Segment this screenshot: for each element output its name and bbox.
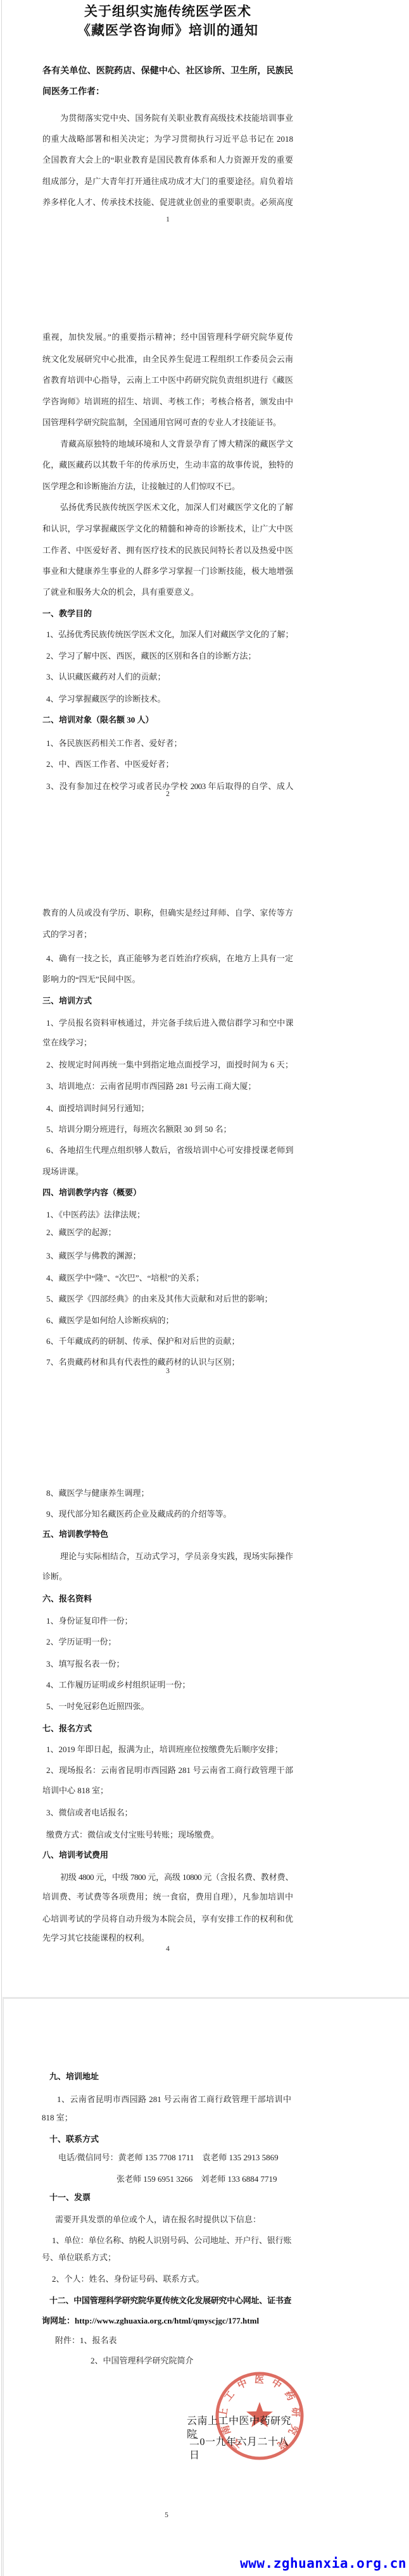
doc-line: 2、学历证明一份； (46, 1637, 293, 1648)
doc-line: 3、微信或者电话报名； (46, 1808, 293, 1819)
doc-line: 1、弘扬优秀民族传统医学医术文化，加深人们对藏医学文化的了解； (46, 630, 293, 641)
doc-line: 6、千年藏成药的研制、传承、保护和对后世的贡献； (46, 1336, 293, 1347)
site-watermark-url: www.zghuanxia.org.cn (240, 2556, 406, 2571)
page-number: 4 (42, 1944, 293, 1954)
doc-line: 重视，加快发展。”的重要指示精神；经中国管理科学研究院华夏传 (42, 332, 293, 344)
doc-line: 诊断。 (42, 1572, 293, 1583)
issue-date: 二0一九年六月二十八日 (189, 2436, 291, 2463)
doc-line: 5、藏医学《四部经典》的由来及其伟大贡献和对后世的影响； (46, 1294, 293, 1305)
doc-line: 电话/微信同号：黄老师 135 7708 1711 袁老师 135 2913 5… (58, 2153, 291, 2163)
doc-line: 统文化发展研究中心批准，由全民养生促进工程组织工作委员会云南 (42, 354, 293, 366)
doc-line: 4、确有一技之长，真正能够为老百姓治疗疾病，在地方上具有一定 (46, 954, 293, 965)
doc-line: 七、报名方式 (42, 1724, 293, 1734)
doc-line: 询网址：http://www.zghuaxia.org.cn/html/qmys… (42, 2316, 291, 2327)
doc-line: 3、认识藏医藏药对人们的贡献； (46, 672, 293, 683)
doc-line: 六、报名资料 (42, 1594, 293, 1605)
doc-line: 八、培训考试费用 (42, 1850, 293, 1861)
doc-line: 3、培训地点：云南省昆明市西园路 281 号云南工商大厦； (46, 1081, 293, 1092)
doc-line: 2、现场报名：云南省昆明市西园路 281 号云南省工商行政管理干部 (46, 1765, 293, 1777)
doc-line: 五、培训教学特色 (42, 1529, 293, 1540)
doc-line: 养多样化人才、传承技术技能、促进就业创业的重要职责。必须高度 (42, 197, 293, 209)
doc-line: 事业和大健康养生事业的人群多学习掌握一门诊断技能，极大地增强 (42, 566, 293, 578)
doc-line: 心培训考试的学员将自动升级为本院会员，享有安排工作的权利和优 (42, 1914, 293, 1926)
doc-line: 2、中、西医工作者、中医爱好者； (46, 759, 293, 770)
doc-line: 3、藏医学与佛教的渊源； (46, 1251, 293, 1262)
doc-line: 2、中国管理科学研究院简介 (91, 2356, 291, 2367)
doc-line: 号、单位联系方式； (42, 2253, 291, 2263)
doc-line: 缴费方式：微信或支付宝账号转账；现场缴费。 (46, 1830, 293, 1841)
doc-line: 2、按规定时间再统一集中到指定地点面授学习，面授时间为 6 天； (46, 1060, 293, 1071)
doc-line: 影响力的“四无”民间中医。 (42, 974, 293, 985)
doc-line: 式的学习者； (42, 930, 293, 940)
doc-line: 化，藏医藏药以其数千年的传承历史，生动丰富的故事传说，独特的 (42, 460, 293, 471)
doc-line: 十、联系方式 (49, 2134, 291, 2145)
doc-line: 间医务工作者： (42, 87, 293, 98)
doc-line: 1、学员报名资料审核通过，并完备手续后进入微信群学习和空中课 (46, 1018, 293, 1030)
scanned-notice-document: 关于组织实施传统医学医术《藏医学咨询师》培训的通知各有关单位、医院药店、保健中心… (0, 0, 409, 2576)
doc-line: 初级 4800 元，中级 7800 元，高级 10800 元（含报名费、教材费、 (60, 1872, 293, 1884)
doc-line: 工作者、中医爱好者、拥有医疗技术的民族民间特长者以及热爱中医 (42, 545, 293, 557)
doc-line: 1、云南省昆明市西园路 281 号云南省工商行政管理干部培训中心 (57, 2094, 291, 2106)
doc-line: 省教育培训中心指导，云南上工中医中药研究院负责组织进行《藏医 (42, 375, 293, 387)
page-number: 5 (42, 2511, 291, 2520)
doc-line: 的重大战略部署和相关决定；为学习贯彻执行习近平总书记在 2018 年 (42, 134, 293, 146)
doc-line: 二、培训对象（限名额 30 人） (42, 715, 293, 726)
doc-line: 培训中心 818 室； (42, 1786, 293, 1796)
doc-line: 学咨询师》培训班的招生、培训、考核工作；考核合格者，颁发由中 (42, 397, 293, 408)
doc-line: 理论与实际相结合，互动式学习，学员亲身实践，现场实际操作 (60, 1552, 293, 1563)
doc-line: 4、工作履历证明或乡村组织证明一份； (46, 1680, 293, 1691)
page-number: 2 (42, 790, 293, 799)
page-number: 3 (42, 1367, 293, 1376)
doc-line: 了就业和服务大众的机会，具有重要意义。 (42, 587, 293, 598)
doc-line: 四、培训教学内容（概要） (42, 1188, 293, 1198)
doc-line: 1、单位：单位名称、纳税人识别号码、公司地址、开户行、银行账 (52, 2236, 291, 2247)
doc-line: 3、填写报名表一份； (46, 1659, 293, 1670)
doc-line: 818 室； (42, 2113, 291, 2124)
doc-line: 九、培训地址 (49, 2072, 291, 2082)
doc-line: 组成部分，是广大青年打开通往成功成才大门的重要途径。肩负着培 (42, 177, 293, 188)
doc-line: 9、现代部分知名藏医药企业及藏成药的介绍等等。 (46, 1509, 293, 1520)
doc-line: 先学习其它技能课程的权利。 (42, 1933, 293, 1944)
doc-line: 和认识，学习掌握藏医学文化的精髓和神奇的诊断技术，让广大中医 (42, 524, 293, 535)
doc-line: 5、培训分期分班进行，每班次名额限 30 到 50 名； (46, 1124, 293, 1135)
doc-line: 1、身份证复印件一份； (46, 1616, 293, 1627)
doc-line: 为贯彻落实党中央、国务院有关职业教育高级技术技能培训事业 (60, 113, 293, 125)
doc-line: 全国教育大会上的“职业教育是国民教育体系和人力资源开发的重要 (42, 155, 293, 166)
doc-line: 十一、发票 (49, 2193, 291, 2203)
doc-line: 附件：1、报名表 (55, 2336, 291, 2346)
doc-line: 一、教学目的 (42, 609, 293, 619)
doc-line: 6、藏医学是如何给人诊断疾病的； (46, 1316, 293, 1326)
doc-line: 需要开具发票的单位或个人，请在报名时提供以下信息： (55, 2215, 291, 2225)
doc-line: 教育的人员或没有学历、职称，但确实是经过拜师、自学、家传等方 (42, 908, 293, 919)
doc-line: 5、一吋免冠彩色近照四张。 (46, 1702, 293, 1712)
doc-line: 8、藏医学与健康养生调理； (46, 1488, 293, 1499)
doc-line: 1、2019 年即日起，报满为止，培训班座位按缴费先后顺序安排； (46, 1745, 293, 1755)
doc-line: 4、藏医学中“隆”、“次巴”、“培根”的关系； (46, 1273, 293, 1284)
doc-line: 三、培训方式 (42, 996, 293, 1007)
doc-line: 1、《中医药法》法律法规； (46, 1210, 293, 1221)
doc-line: 各有关单位、医院药店、保健中心、社区诊所、卫生所，民族民 (42, 66, 293, 77)
doc-line: 2、个人：姓名、身份证号码、联系方式。 (52, 2274, 291, 2285)
doc-line: 弘扬优秀民族传统医学医术文化，加深人们对藏医学文化的了解 (60, 502, 293, 514)
doc-line: 现场讲课。 (42, 1167, 293, 1178)
doc-line: 2、藏医学的起源； (46, 1228, 293, 1238)
doc-line: 国管理科学研究院监制，全国通用官网可查的专业人才技能证书。 (42, 418, 293, 428)
doc-line: 1、各民族医药相关工作者、爱好者； (46, 738, 293, 749)
doc-line: 十二、中国管理科学研究院华夏传统文化发展研究中心网址、证书查 (49, 2296, 291, 2307)
doc-line: 4、学习掌握藏医学的诊断技术。 (46, 694, 293, 705)
doc-line: 医学理念和诊断施治方法，让接触过的人们惊叹不已。 (42, 482, 293, 492)
doc-line: 《藏医学咨询师》培训的通知 (42, 22, 293, 39)
doc-line: 堂在线学习； (42, 1038, 293, 1048)
doc-line: 青藏高原独特的地域环境和人文背景孕育了博大精深的藏医学文 (60, 439, 293, 451)
doc-line: 培训费、考试费等各项费用；统一食宿，费用自理），凡参加培训中 (42, 1892, 293, 1903)
doc-line: 张老师 159 6951 3266 刘老师 133 6884 7719 (116, 2174, 291, 2185)
doc-line: 关于组织实施传统医学医术 (42, 3, 293, 20)
page-number: 1 (42, 215, 293, 225)
doc-line: 6、各地招生代理点组织够人数后，省级培训中心可安排授课老师到 (46, 1145, 293, 1157)
doc-line: 2、学习了解中医、西医，藏医的区别和各自的诊断方法； (46, 651, 293, 662)
doc-line: 4、面授培训时间另行通知； (46, 1104, 293, 1114)
